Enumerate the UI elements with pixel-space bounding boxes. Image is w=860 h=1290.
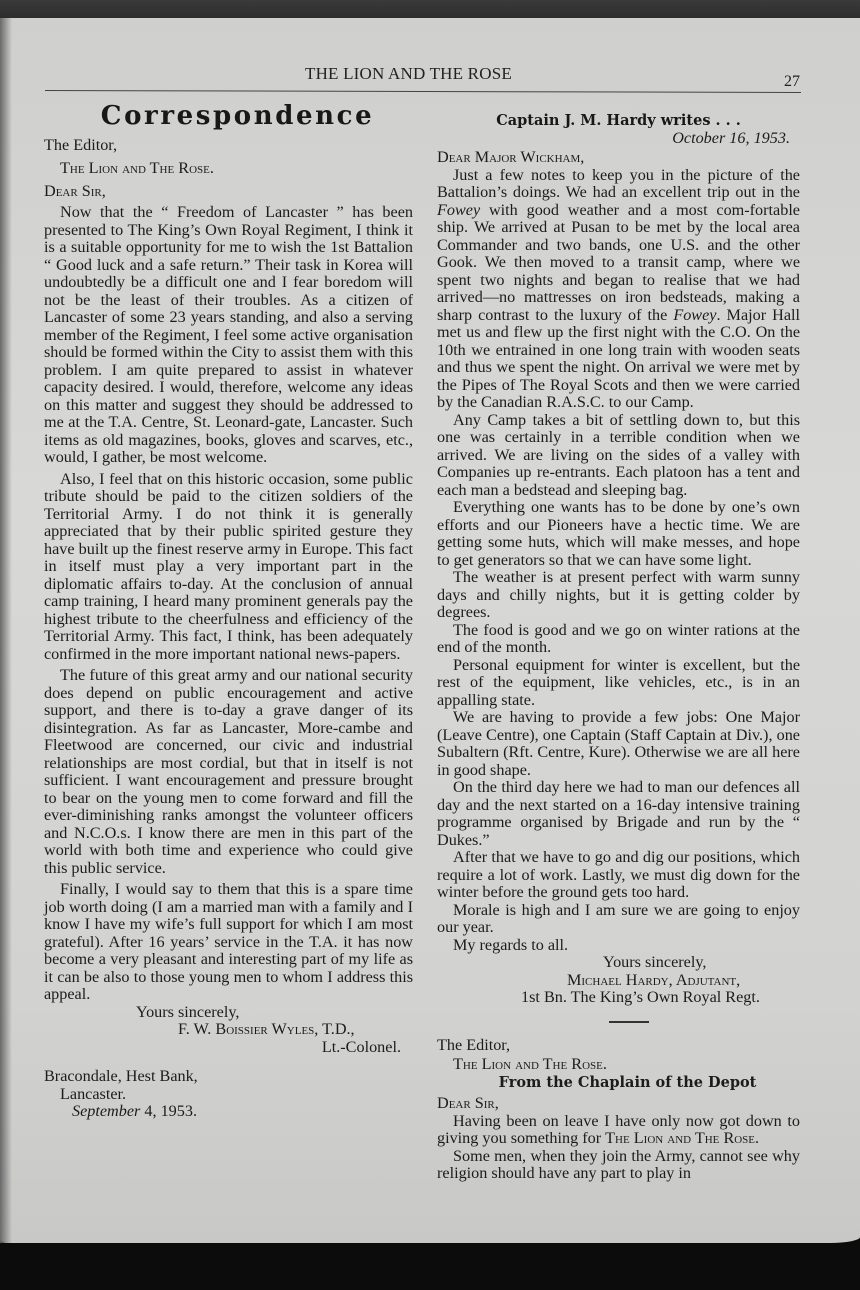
letter-paragraph: Also, I feel that on this historic occas… xyxy=(44,471,413,664)
letter-paragraph: After that we have to go and dig our pos… xyxy=(437,849,800,902)
letter-paragraph: Finally, I would say to them that this i… xyxy=(44,881,413,1004)
addressee-publication: The Lion and The Rose. xyxy=(437,1056,800,1074)
section-heading: Captain J. M. Hardy writes . . . xyxy=(437,112,800,130)
letter-paragraph: Just a few notes to keep you in the pict… xyxy=(437,167,800,412)
signature-name: Michael Hardy, Adjutant, xyxy=(437,972,800,990)
letter-paragraph: The weather is at present perfect with w… xyxy=(437,569,800,622)
date-month: September xyxy=(72,1102,140,1120)
addressee-line: The Editor, xyxy=(44,137,413,155)
addressee-line: The Editor, xyxy=(437,1037,800,1055)
page-number: 27 xyxy=(784,73,800,91)
running-head: THE LION AND THE ROSE xyxy=(305,64,512,84)
address-line: Lancaster. xyxy=(44,1086,413,1104)
letter-paragraph: We are having to provide a few jobs: One… xyxy=(437,709,800,779)
letter-paragraph: Some men, when they join the Army, canno… xyxy=(437,1148,800,1183)
letter-paragraph: The food is good and we go on winter rat… xyxy=(437,622,800,657)
date-rest: 4, 1953. xyxy=(140,1102,197,1120)
salutation: Dear Major Wickham, xyxy=(437,149,800,167)
section-divider xyxy=(609,1021,649,1023)
letter-paragraph: My regards to all. xyxy=(437,937,800,955)
page-title: Correspondence xyxy=(44,108,413,126)
address-line: Bracondale, Hest Bank, xyxy=(44,1068,413,1086)
letter-paragraph: Having been on leave I have only now got… xyxy=(437,1113,800,1148)
section-heading: From the Chaplain of the Depot xyxy=(437,1074,800,1092)
letter-paragraph: Now that the “ Freedom of Lancaster ” ha… xyxy=(44,204,413,467)
letter-paragraph: Everything one wants has to be done by o… xyxy=(437,499,800,569)
signature-name: F. W. Boissier Wyles, T.D., xyxy=(44,1021,413,1039)
letter-paragraph: Any Camp takes a bit of settling down to… xyxy=(437,412,800,500)
left-column: Correspondence The Editor, The Lion and … xyxy=(44,108,413,1121)
section-date: October 16, 1953. xyxy=(437,130,800,148)
letter-paragraph: Morale is high and I am sure we are goin… xyxy=(437,902,800,937)
right-column: Captain J. M. Hardy writes . . . October… xyxy=(437,112,800,1183)
signature-rank: Lt.-Colonel. xyxy=(44,1039,413,1057)
salutation: Dear Sir, xyxy=(437,1095,800,1113)
letter-paragraph: The future of this great army and our na… xyxy=(44,667,413,877)
letter-date: September 4, 1953. xyxy=(44,1103,413,1121)
letter-paragraph: Personal equipment for winter is excelle… xyxy=(437,657,800,710)
salutation: Dear Sir, xyxy=(44,183,413,201)
binding-shadow xyxy=(0,18,12,1243)
signature-unit: 1st Bn. The King’s Own Royal Regt. xyxy=(437,989,800,1007)
letter-paragraph: On the third day here we had to man our … xyxy=(437,779,800,849)
closing: Yours sincerely, xyxy=(44,1004,413,1022)
addressee-publication: The Lion and The Rose. xyxy=(44,160,413,178)
closing: Yours sincerely, xyxy=(437,954,800,972)
